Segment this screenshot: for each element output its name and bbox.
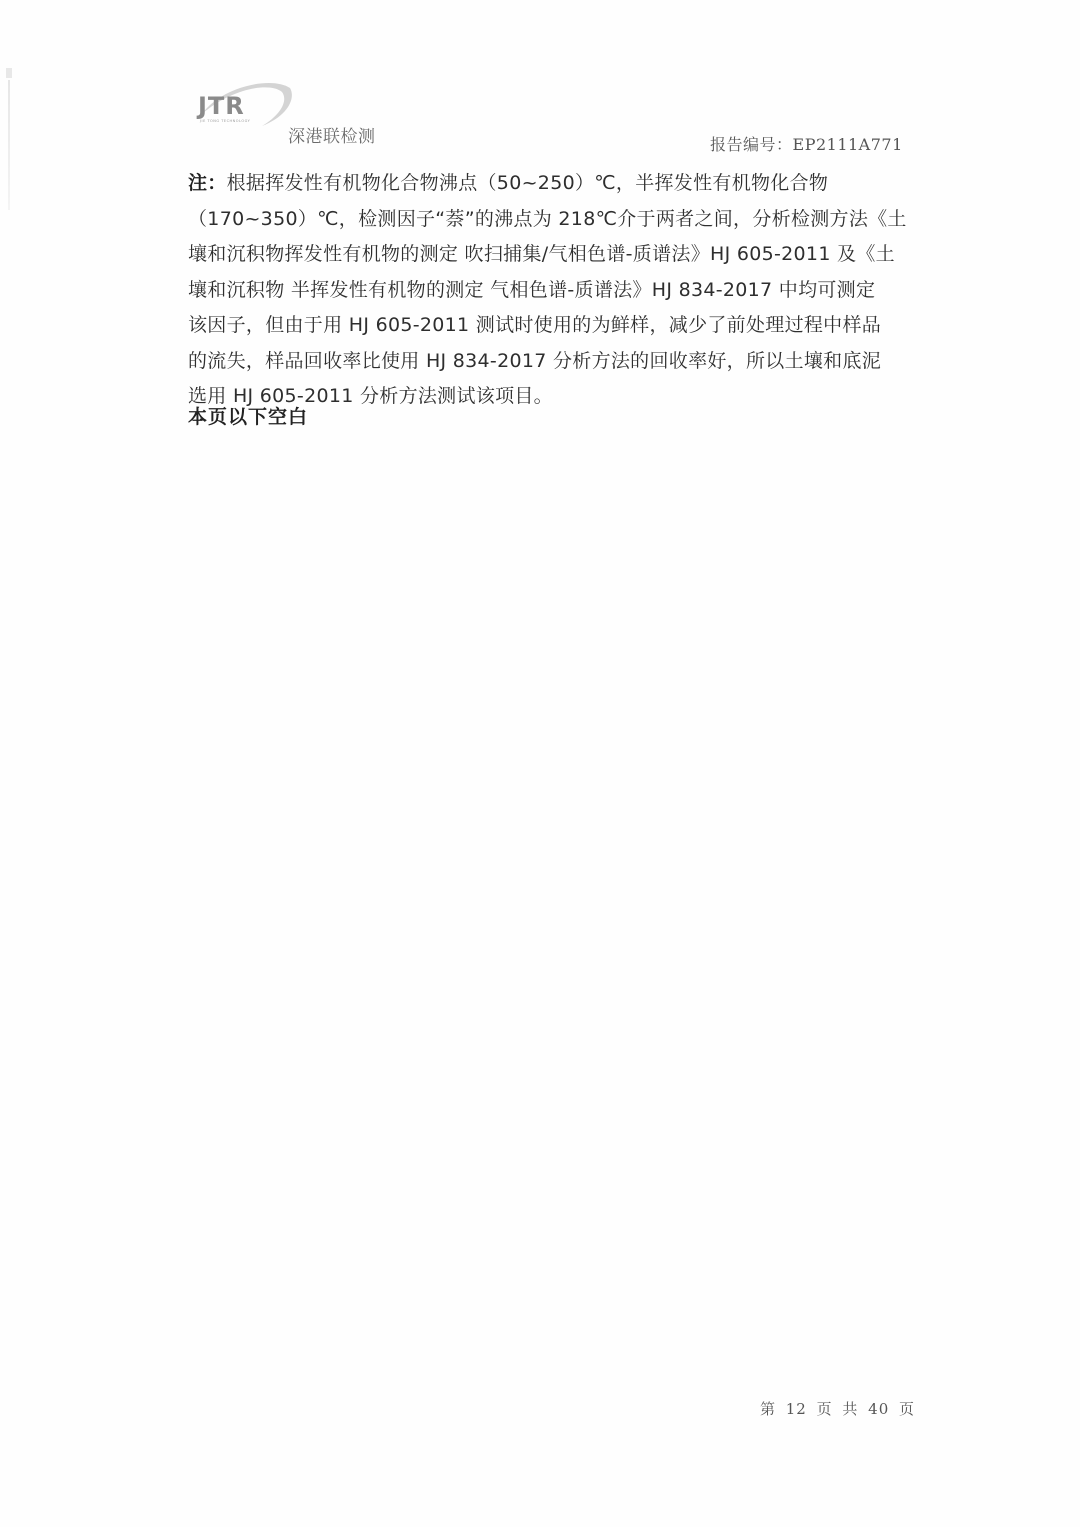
- note-line: 壤和沉积物 半挥发性有机物的测定 气相色谱-质谱法》HJ 834-2017 中均…: [188, 273, 912, 309]
- document-page: JTR JIE TONG TECHNOLOGY 深港联检测 报告编号：EP211…: [0, 0, 1080, 1527]
- report-number: 报告编号：EP2111A771: [710, 132, 903, 155]
- note-line: （170~350）℃，检测因子“萘”的沸点为 218℃介于两者之间，分析检测方法…: [188, 202, 912, 238]
- note-line: 注：根据挥发性有机物化合物沸点（50~250）℃，半挥发性有机物化合物: [188, 166, 912, 202]
- company-logo: JTR JIE TONG TECHNOLOGY: [192, 76, 302, 136]
- scan-artifact-edge: [8, 80, 10, 210]
- note-paragraph: 注：根据挥发性有机物化合物沸点（50~250）℃，半挥发性有机物化合物 （170…: [188, 166, 912, 415]
- note-line-text: 根据挥发性有机物化合物沸点（50~250）℃，半挥发性有机物化合物: [227, 172, 829, 194]
- jtr-logo-icon: JTR JIE TONG TECHNOLOGY: [192, 76, 302, 136]
- page-number-footer: 第 12 页 共 40 页: [760, 1398, 915, 1419]
- report-number-value: EP2111A771: [793, 135, 903, 154]
- note-line: 壤和沉积物挥发性有机物的测定 吹扫捕集/气相色谱-质谱法》HJ 605-2011…: [188, 237, 912, 273]
- company-name: 深港联检测: [288, 122, 376, 147]
- svg-text:JIE TONG TECHNOLOGY: JIE TONG TECHNOLOGY: [199, 119, 251, 123]
- note-line: 的流失，样品回收率比使用 HJ 834-2017 分析方法的回收率好，所以土壤和…: [188, 344, 912, 380]
- note-line: 该因子，但由于用 HJ 605-2011 测试时使用的为鲜样，减少了前处理过程中…: [188, 308, 912, 344]
- report-number-label: 报告编号：: [710, 135, 793, 154]
- blank-below-marker: 本页以下空白: [188, 402, 308, 429]
- scan-artifact: [6, 68, 12, 78]
- note-label: 注：: [188, 172, 227, 194]
- svg-text:JTR: JTR: [196, 92, 245, 120]
